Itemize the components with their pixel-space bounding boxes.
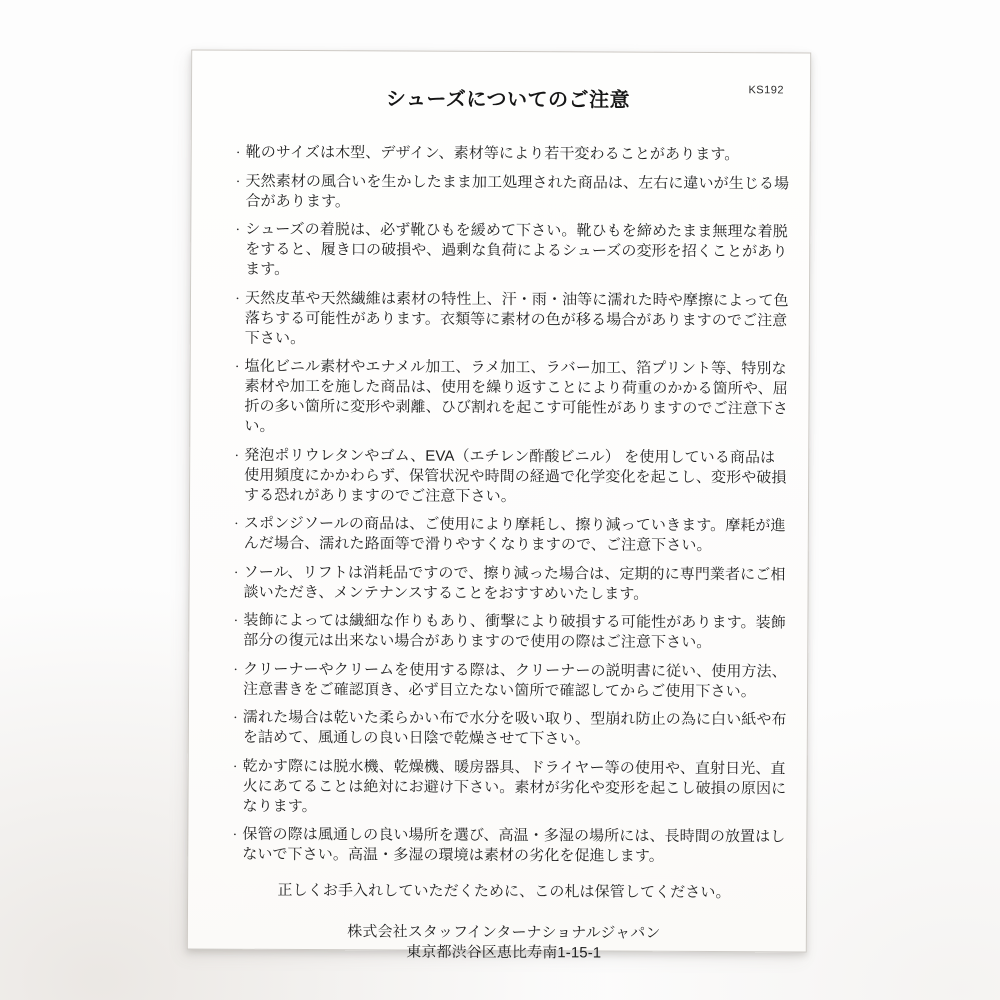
list-item-text: クリーナーやクリームを使用する際は、クリーナーの説明書に従い、使用方法、注意書き… xyxy=(243,659,789,702)
company-name: 株式会社スタッフインターナショナルジャパン xyxy=(216,922,792,945)
card-code: KS192 xyxy=(748,84,784,96)
bullet-dot-icon: ・ xyxy=(232,445,244,465)
list-item-text: ソール、リフトは消耗品ですので、擦り減った場合は、定期的に専門業者にご相談いただ… xyxy=(244,562,790,605)
list-item-text: 塩化ビニル素材やエナメル加工、ラメ加工、ラバー加工、箔プリント等、特別な素材や加… xyxy=(244,357,790,440)
list-item: ・ 靴のサイズは木型、デザイン、素材等により若干変わることがあります。 xyxy=(234,143,792,166)
company-address: 東京都渋谷区恵比寿南1-15-1 xyxy=(216,942,792,965)
list-item: ・ スポンジソールの商品は、ご使用により摩耗し、擦り減っていきます。摩耗が進んだ… xyxy=(232,514,790,557)
list-item: ・ シューズの着脱は、必ず靴ひもを緩めて下さい。靴ひもを締めたまま無理な着脱をす… xyxy=(233,220,791,283)
list-item: ・ 濡れた場合は乾いた柔らかい布で水分を吸い取り、型崩れ防止の為に白い紙や布を詰… xyxy=(231,708,789,751)
list-item: ・ 天然素材の風合いを生かしたまま加工処理された商品は、左右に違いが生じる場合が… xyxy=(233,171,791,214)
bullet-dot-icon: ・ xyxy=(231,659,243,679)
list-item-text: 天然素材の風合いを生かしたまま加工処理された商品は、左右に違いが生じる場合があり… xyxy=(245,171,791,214)
care-instructions-list: ・ 靴のサイズは木型、デザイン、素材等により若干変わることがあります。 ・ 天然… xyxy=(230,143,792,868)
keep-this-tag-note: 正しくお手入れしていただくために、この札は保管してください。 xyxy=(216,881,792,904)
bullet-dot-icon: ・ xyxy=(231,611,243,631)
list-item: ・ 発泡ポリウレタンやゴム、EVA（エチレン酢酸ビニル） を使用している商品は使… xyxy=(232,445,790,508)
bullet-dot-icon: ・ xyxy=(231,756,243,776)
list-item-text: 靴のサイズは木型、デザイン、素材等により若干変わることがあります。 xyxy=(246,143,792,166)
list-item-text: シューズの着脱は、必ず靴ひもを緩めて下さい。靴ひもを締めたまま無理な着脱をすると… xyxy=(245,220,791,283)
list-item: ・ 保管の際は風通しの良い場所を選び、高温・多湿の場所には、長時間の放置はしない… xyxy=(230,825,788,868)
bullet-dot-icon: ・ xyxy=(234,143,246,163)
list-item-text: 乾かす際には脱水機、乾燥機、暖房器具、ドライヤー等の使用や、直射日光、直火にあて… xyxy=(242,756,788,819)
list-item-text: スポンジソールの商品は、ご使用により摩耗し、擦り減っていきます。摩耗が進んだ場合… xyxy=(244,514,790,557)
list-item: ・ 装飾によっては繊細な作りもあり、衝撃により破損する可能性があります。装飾部分… xyxy=(231,611,789,654)
list-item-text: 発泡ポリウレタンやゴム、EVA（エチレン酢酸ビニル） を使用している商品は使用頻… xyxy=(244,445,790,508)
list-item-text: 天然皮革や天然繊維は素材の特性上、汗・雨・油等に濡れた時や摩擦によって色落ちする… xyxy=(245,288,791,351)
bullet-dot-icon: ・ xyxy=(231,708,243,728)
list-item: ・ 塩化ビニル素材やエナメル加工、ラメ加工、ラバー加工、箔プリント等、特別な素材… xyxy=(232,357,790,440)
bullet-dot-icon: ・ xyxy=(233,357,245,377)
photo-scene: KS192 シューズについてのご注意 ・ 靴のサイズは木型、デザイン、素材等によ… xyxy=(0,0,1000,1000)
bullet-dot-icon: ・ xyxy=(233,288,245,308)
company-block: 株式会社スタッフインターナショナルジャパン 東京都渋谷区恵比寿南1-15-1 xyxy=(216,922,792,965)
bullet-dot-icon: ・ xyxy=(230,825,242,845)
list-item: ・ ソール、リフトは消耗品ですので、擦り減った場合は、定期的に専門業者にご相談い… xyxy=(232,562,790,605)
list-item-text: 保管の際は風通しの良い場所を選び、高温・多湿の場所には、長時間の放置はしないで下… xyxy=(242,825,788,868)
bullet-dot-icon: ・ xyxy=(234,171,246,191)
list-item: ・ 天然皮革や天然繊維は素材の特性上、汗・雨・油等に濡れた時や摩擦によって色落ち… xyxy=(233,288,791,351)
bullet-dot-icon: ・ xyxy=(233,220,245,240)
list-item: ・ クリーナーやクリームを使用する際は、クリーナーの説明書に従い、使用方法、注意… xyxy=(231,659,789,702)
bullet-dot-icon: ・ xyxy=(232,514,244,534)
list-item: ・ 乾かす際には脱水機、乾燥機、暖房器具、ドライヤー等の使用や、直射日光、直火に… xyxy=(230,756,788,819)
bullet-dot-icon: ・ xyxy=(232,562,244,582)
card-title: シューズについてのご注意 xyxy=(216,87,800,114)
shoe-care-instruction-card: KS192 シューズについてのご注意 ・ 靴のサイズは木型、デザイン、素材等によ… xyxy=(187,49,811,952)
list-item-text: 濡れた場合は乾いた柔らかい布で水分を吸い取り、型崩れ防止の為に白い紙や布を詰めて… xyxy=(243,708,789,751)
list-item-text: 装飾によっては繊細な作りもあり、衝撃により破損する可能性があります。装飾部分の復… xyxy=(243,611,789,654)
